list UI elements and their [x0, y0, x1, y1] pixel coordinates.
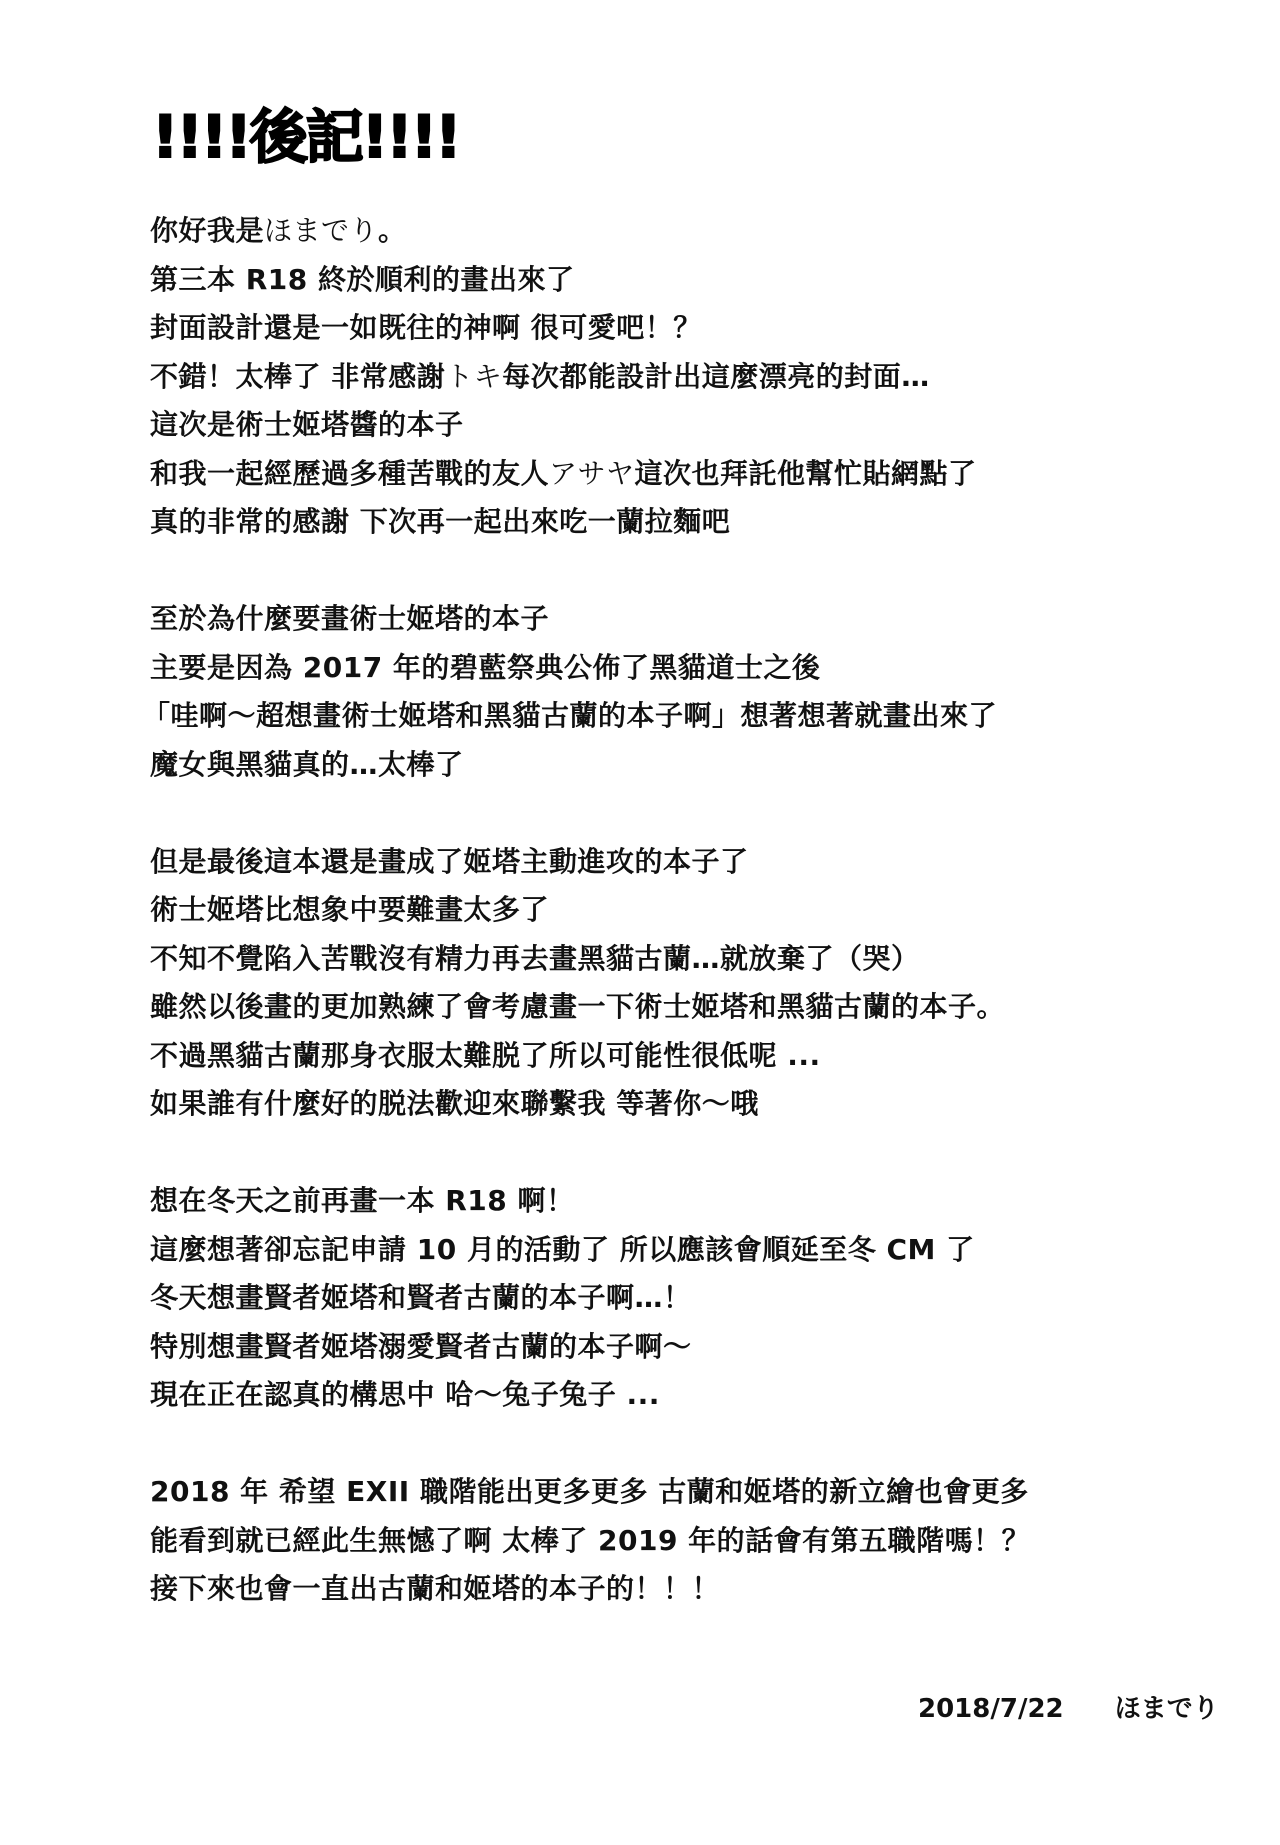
paragraph-spacer [150, 1420, 1150, 1469]
afterword-body: 你好我是ほまでり。 第三本 R18 終於順利的畫出來了 封面設計還是一如既往的神… [150, 207, 1150, 1614]
text-line: 魔女與黑貓真的…太棒了 [150, 741, 1150, 790]
text-line: 雖然以後畫的更加熟練了會考慮畫一下術士姬塔和黑貓古蘭的本子。 [150, 983, 1150, 1032]
text-line: 如果誰有什麼好的脱法歡迎來聯繫我 等著你～哦 [150, 1080, 1150, 1129]
afterword-page: !!!!後記!!!! 你好我是ほまでり。 第三本 R18 終於順利的畫出來了 封… [0, 0, 1280, 1845]
text-line: 這次是術士姬塔醬的本子 [150, 401, 1150, 450]
text-line: 能看到就已經此生無憾了啊 太棒了 2019 年的話會有第五職階嗎！？ [150, 1517, 1150, 1566]
text-line: 但是最後這本還是畫成了姬塔主動進攻的本子了 [150, 838, 1150, 887]
text-line: 不過黑貓古蘭那身衣服太難脱了所以可能性很低呢 ... [150, 1032, 1150, 1081]
paragraph-plans: 想在冬天之前再畫一本 R18 啊！ 這麼想著卻忘記申請 10 月的活動了 所以應… [150, 1177, 1150, 1420]
paragraph-difficulty: 但是最後這本還是畫成了姬塔主動進攻的本子了 術士姬塔比想象中要難畫太多了 不知不… [150, 838, 1150, 1129]
text-line: 特別想畫賢者姬塔溺愛賢者古蘭的本子啊～ [150, 1323, 1150, 1372]
text-line: 和我一起經歷過多種苦戰的友人アサヤ這次也拜託他幫忙貼網點了 [150, 450, 1150, 499]
text-line: 想在冬天之前再畫一本 R18 啊！ [150, 1177, 1150, 1226]
paragraph-spacer [150, 789, 1150, 838]
text-line: 接下來也會一直出古蘭和姬塔的本子的！！！ [150, 1565, 1150, 1614]
paragraph-reason: 至於為什麼要畫術士姬塔的本子 主要是因為 2017 年的碧藍祭典公佈了黑貓道士之… [150, 595, 1150, 789]
paragraph-spacer [150, 1129, 1150, 1178]
text-line: 不知不覺陷入苦戰沒有精力再去畫黑貓古蘭…就放棄了（哭） [150, 935, 1150, 984]
text-line: 第三本 R18 終於順利的畫出來了 [150, 256, 1150, 305]
text-line: 不錯！太棒了 非常感謝トキ每次都能設計出這麼漂亮的封面… [150, 353, 1150, 402]
page-title: !!!!後記!!!! [152, 108, 460, 166]
text-line: 至於為什麼要畫術士姬塔的本子 [150, 595, 1150, 644]
text-line: 真的非常的感謝 下次再一起出來吃一蘭拉麵吧 [150, 498, 1150, 547]
text-line: 現在正在認真的構思中 哈～兔子兔子 ... [150, 1371, 1150, 1420]
paragraph-spacer [150, 547, 1150, 596]
text-line: 2018 年 希望 EXII 職階能出更多更多 古蘭和姬塔的新立繪也會更多 [150, 1468, 1150, 1517]
paragraph-greeting: 你好我是ほまでり。 第三本 R18 終於順利的畫出來了 封面設計還是一如既往的神… [150, 207, 1150, 547]
signature: 2018/7/22 ほまでり [918, 1688, 1219, 1725]
text-line: 你好我是ほまでり。 [150, 207, 1150, 256]
signature-author: ほまでり [1115, 1694, 1219, 1724]
text-line: 封面設計還是一如既往的神啊 很可愛吧！？ [150, 304, 1150, 353]
paragraph-hopes: 2018 年 希望 EXII 職階能出更多更多 古蘭和姬塔的新立繪也會更多 能看… [150, 1468, 1150, 1614]
signature-date: 2018/7/22 [918, 1694, 1064, 1724]
text-line: 主要是因為 2017 年的碧藍祭典公佈了黑貓道士之後 [150, 644, 1150, 693]
text-line: 術士姬塔比想象中要難畫太多了 [150, 886, 1150, 935]
text-line: 冬天想畫賢者姬塔和賢者古蘭的本子啊…！ [150, 1274, 1150, 1323]
text-line: 這麼想著卻忘記申請 10 月的活動了 所以應該會順延至冬 CM 了 [150, 1226, 1150, 1275]
text-line: 「哇啊～超想畫術士姬塔和黑貓古蘭的本子啊」想著想著就畫出來了 [142, 692, 1150, 741]
